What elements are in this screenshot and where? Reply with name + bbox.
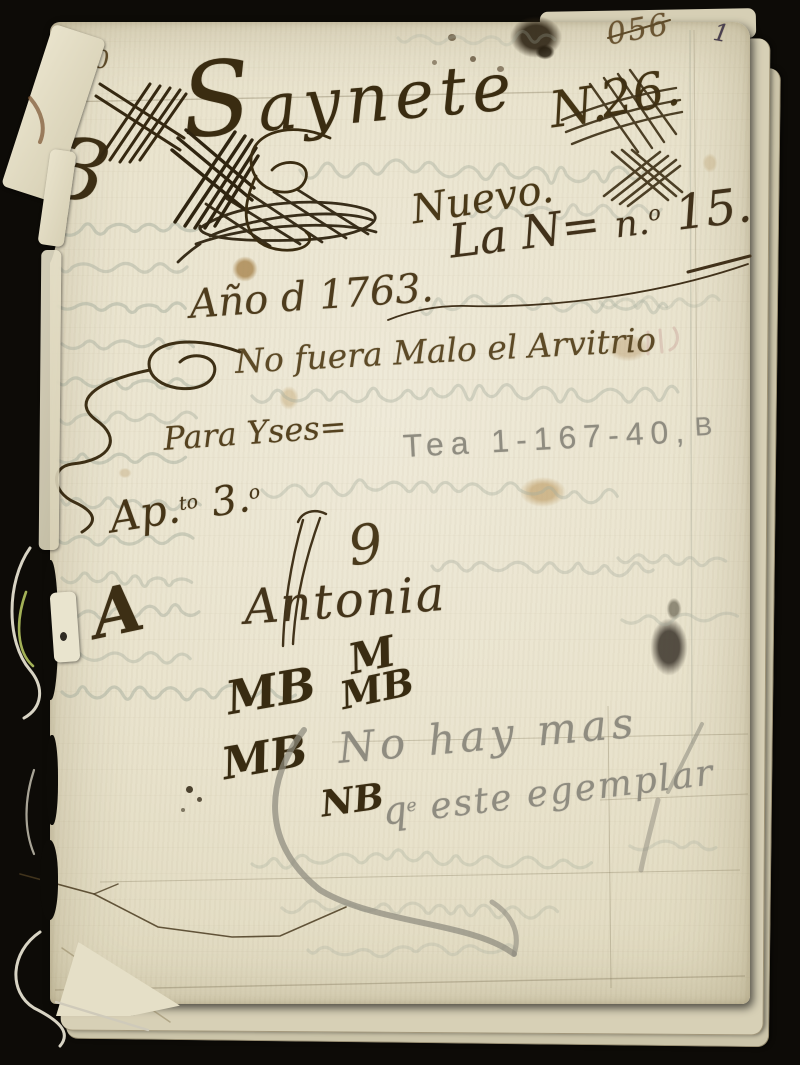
manuscript-scan: 056 1 N. 26. 0 3 Saynete Nuevo. La N= n.…	[0, 0, 800, 1065]
binding-threads	[0, 0, 800, 1065]
